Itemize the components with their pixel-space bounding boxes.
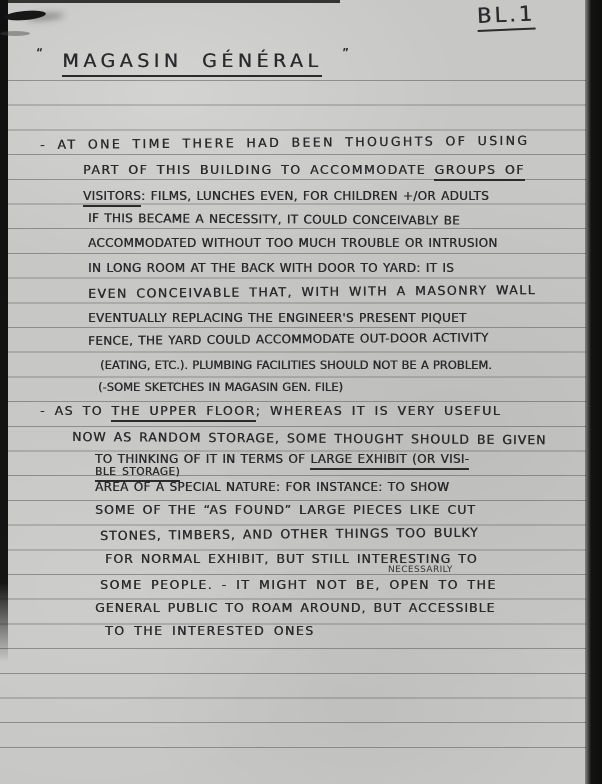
close-quote: ” [342,47,349,62]
handwritten-line: SOME PEOPLE. - IT MIGHT NOT BE, OPEN TO … [100,577,497,592]
line-text: SOME PEOPLE. - IT MIGHT NOT BE, OPEN TO … [100,577,497,592]
handwritten-line: SOME OF THE “AS FOUND” LARGE PIECES LIKE… [95,502,476,517]
handwritten-line: TO THE INTERESTED ONES [105,623,315,638]
line-text: NECESSARILY [388,565,453,575]
handwritten-line: IN LONG ROOM AT THE BACK WITH DOOR TO YA… [88,261,454,275]
handwritten-line: IF THIS BECAME A NECESSITY, IT COULD CON… [88,211,460,228]
line-text-underlined: VISITORS [83,189,141,207]
insertion-note: NECESSARILY [388,565,453,575]
open-quote: “ [36,47,43,62]
handwritten-line: ACCOMMODATED WITHOUT TOO MUCH TROUBLE OR… [88,236,498,250]
handwritten-line: VISITORS: FILMS, LUNCHES EVEN, FOR CHILD… [83,189,489,203]
ruled-lines [0,80,586,757]
note-title: “ MAGASIN GÉNÉRAL ” [36,50,349,72]
line-text: - AS TO [40,403,111,418]
scan-edge-right [585,0,602,784]
handwritten-line: (EATING, ETC.). PLUMBING FACILITIES SHOU… [100,358,492,372]
line-text: SOME OF THE “AS FOUND” LARGE PIECES LIKE… [95,502,476,517]
scanned-page: BL.1 “ MAGASIN GÉNÉRAL ” - AT ONE TIME T… [0,0,602,784]
handwritten-line: EVENTUALLY REPLACING THE ENGINEER'S PRES… [88,311,466,325]
line-text: TO THE INTERESTED ONES [105,623,315,638]
line-text: GENERAL PUBLIC TO ROAM AROUND, BUT ACCES… [95,600,495,615]
page-ref-text: BL.1 [476,1,535,32]
scan-edge-left [0,0,8,662]
line-text: ACCOMMODATED WITHOUT TOO MUCH TROUBLE OR… [88,236,498,250]
handwritten-line: GENERAL PUBLIC TO ROAM AROUND, BUT ACCES… [95,600,495,615]
line-text: IF THIS BECAME A NECESSITY, IT COULD CON… [88,211,460,228]
line-text-underlined: LARGE EXHIBIT (OR VISI- [310,452,469,470]
handwritten-line: (-SOME SKETCHES IN MAGASIN GEN. FILE) [98,380,343,394]
line-text: (EATING, ETC.). PLUMBING FACILITIES SHOU… [100,358,492,372]
line-text: FOR NORMAL EXHIBIT, BUT STILL INTERESTIN… [105,551,478,566]
line-text: TO THINKING OF IT IN TERMS OF [95,452,310,466]
line-text: ; WHEREAS IT IS VERY USEFUL [256,403,502,418]
note-title-text: MAGASIN GÉNÉRAL [62,50,322,77]
handwritten-line: - AS TO THE UPPER FLOOR; WHEREAS IT IS V… [40,403,501,418]
handwritten-line: BLE STORAGE) [95,466,180,478]
handwritten-line: FOR NORMAL EXHIBIT, BUT STILL INTERESTIN… [105,551,478,566]
handwritten-line: AREA OF A SPECIAL NATURE: FOR INSTANCE: … [95,480,449,494]
scan-smudge-faint [0,31,30,36]
line-text: : FILMS, LUNCHES EVEN, FOR CHILDREN +/OR… [141,189,489,203]
line-text: EVENTUALLY REPLACING THE ENGINEER'S PRES… [88,311,466,325]
line-text: (-SOME SKETCHES IN MAGASIN GEN. FILE) [98,380,343,394]
scan-smudge [4,9,47,22]
line-text-underlined: THE UPPER FLOOR [111,403,255,422]
line-text: AREA OF A SPECIAL NATURE: FOR INSTANCE: … [95,480,449,494]
page-ref: BL.1 [476,1,535,28]
line-text-underlined: GROUPS OF [434,162,524,181]
handwritten-line: PART OF THIS BUILDING TO ACCOMMODATE GRO… [83,162,525,177]
line-text: IN LONG ROOM AT THE BACK WITH DOOR TO YA… [88,261,454,275]
scan-edge-top [0,0,340,3]
handwritten-line: TO THINKING OF IT IN TERMS OF LARGE EXHI… [95,452,469,466]
line-text: PART OF THIS BUILDING TO ACCOMMODATE [83,162,434,177]
